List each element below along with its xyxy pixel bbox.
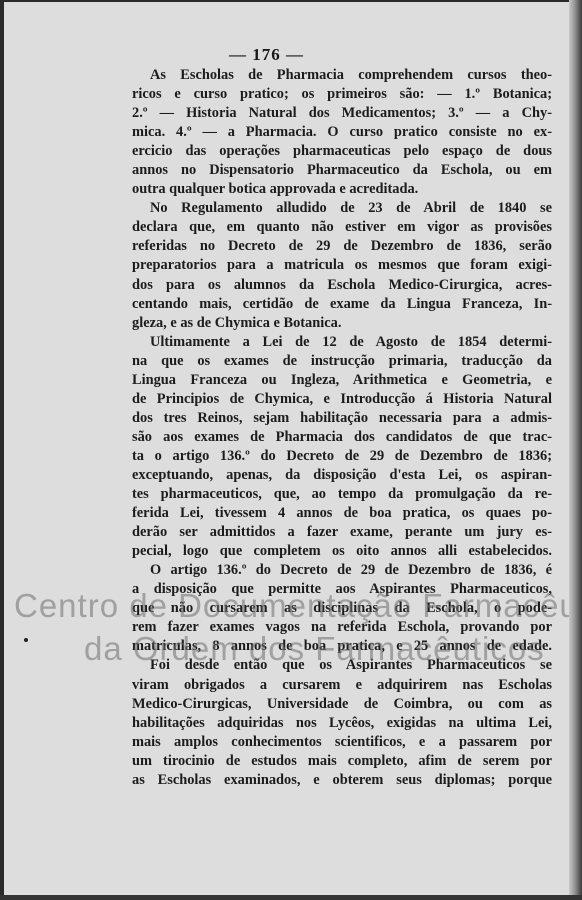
text-line: habilitações adquiridas nos Lycêos, exig… [132,714,552,733]
text-line: dos para os alumnos da Eschola Medico-Ci… [132,276,552,295]
text-line: preparatorios para a matricula os mesmos… [132,256,552,275]
text-line: outra qualquer botica approvada e acredi… [132,180,552,199]
text-line: ricos e curso pratico; os primeiros são:… [132,85,552,104]
text-line: centando mais, certidão de exame da Ling… [132,295,552,314]
text-line: são aos exames de Pharmacia dos candidat… [132,428,552,447]
text-line: pecial, logo que completem os oito annos… [132,542,552,561]
text-line: mais amplos conhecimentos scientificos, … [132,733,552,752]
text-line: referidas no Decreto de 29 de Dezembro d… [132,237,552,256]
text-line: derão ser admittidos a fazer exame, pera… [132,523,552,542]
text-line: mica. 4.º — a Pharmacia. O curso pratico… [132,123,552,142]
page-number: — 176 — [0,45,549,65]
text-line: tes pharmaceuticos, que, ao tempo da pro… [132,485,552,504]
text-line: Foi desde então que os Aspirantes Pharma… [132,656,552,675]
text-line: 2.º — Historia Natural dos Medicamentos;… [132,104,552,123]
text-line: ta o artigo 136.º do Decreto de 29 de De… [132,447,552,466]
text-line: ferida Lei, tivessem 4 annos de boa prat… [132,504,552,523]
text-line: as Escholas examinados, e obterem seus d… [132,771,552,790]
text-line: Medico-Cirurgicas, Universidade de Coimb… [132,695,552,714]
text-line: rem fazer exames vagos na referida Escho… [132,618,552,637]
text-line: Ultimamente a Lei de 12 de Agosto de 185… [132,333,552,352]
text-line: As Escholas de Pharmacia comprehendem cu… [132,66,552,85]
text-line: gleza, e as de Chymica e Botanica. [132,314,552,333]
book-page: — 176 — As Escholas de Pharmacia compreh… [4,2,569,895]
text-line: dos tres Reinos, sejam habilitação neces… [132,409,552,428]
margin-ink-spot [24,638,28,642]
body-text: As Escholas de Pharmacia comprehendem cu… [132,66,552,790]
text-line: exceptuando, apenas, da disposição d'est… [132,466,552,485]
text-line: na que os exames de instrucção primaria,… [132,352,552,371]
text-line: de Principios de Chymica, e Introducção … [132,390,552,409]
text-line: que não cursarem as disciplinas da Escho… [132,599,552,618]
scan-bottom-edge [0,895,582,900]
text-line: Lingua Franceza ou Ingleza, Arithmetica … [132,371,552,390]
text-line: ercicio das operações pharmaceuticas pel… [132,142,552,161]
text-line: declara que, em quanto não estiver em vi… [132,218,552,237]
page-binding-edge [569,0,582,900]
text-line: um tirocinio de estudos mais completo, a… [132,752,552,771]
text-line: O artigo 136.º do Decreto de 29 de Dezem… [132,561,552,580]
text-line: matriculas, 8 annos de boa pratica, e 25… [132,637,552,656]
text-line: a disposição que permitte aos Aspirantes… [132,580,552,599]
text-line: No Regulamento alludido de 23 de Abril d… [132,199,552,218]
text-line: viram obrigados a cursarem e adquirirem … [132,676,552,695]
text-line: annos no Dispensatorio Pharmaceutico da … [132,161,552,180]
